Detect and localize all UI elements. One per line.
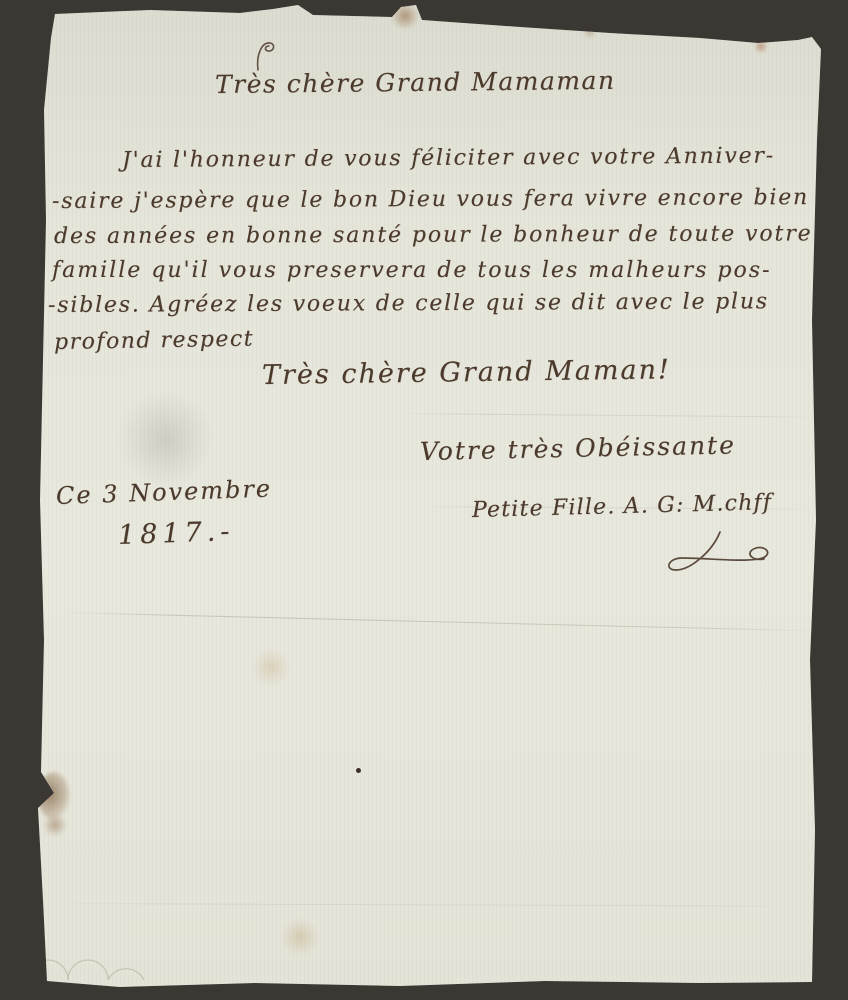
body-line: famille qu'il vous preservera de tous le… <box>52 258 771 283</box>
fold-crease <box>50 903 815 907</box>
signature-flourish-icon <box>662 530 787 588</box>
stain <box>582 27 598 37</box>
watermark-arcs <box>26 942 146 988</box>
scan-background: Très chère Grand Mamaman J'ai l'honneur … <box>0 0 848 1000</box>
letter-heading: Très chère Grand Mamaman <box>215 66 616 99</box>
body-line: -saire j'espère que le bon Dieu vous fer… <box>52 185 809 214</box>
stain <box>252 648 290 686</box>
stain <box>390 4 420 28</box>
fold-crease <box>400 413 820 418</box>
date-line-2: 1817.- <box>117 516 234 551</box>
body-line: -sibles. Agréez les voeux de celle qui s… <box>48 289 769 318</box>
stain <box>44 812 66 838</box>
body-line: profond respect <box>54 327 254 355</box>
body-line: J'ai l'honneur de vous féliciter avec vo… <box>122 143 775 173</box>
valediction-line: Votre très Obéissante <box>420 430 736 466</box>
letter-paper: Très chère Grand Mamaman J'ai l'honneur … <box>0 0 848 1000</box>
stain <box>754 40 768 53</box>
body-line: des années en bonne santé pour le bonheu… <box>54 221 813 249</box>
date-line-1: Ce 3 Novembre <box>56 474 273 510</box>
paper-watermark <box>118 392 213 487</box>
stain <box>282 918 318 956</box>
signature-line: Petite Fille. A. G: M.chff <box>472 490 773 523</box>
ink-dot <box>356 768 361 773</box>
second-salutation: Très chère Grand Maman! <box>262 354 671 391</box>
fold-crease <box>60 612 820 632</box>
